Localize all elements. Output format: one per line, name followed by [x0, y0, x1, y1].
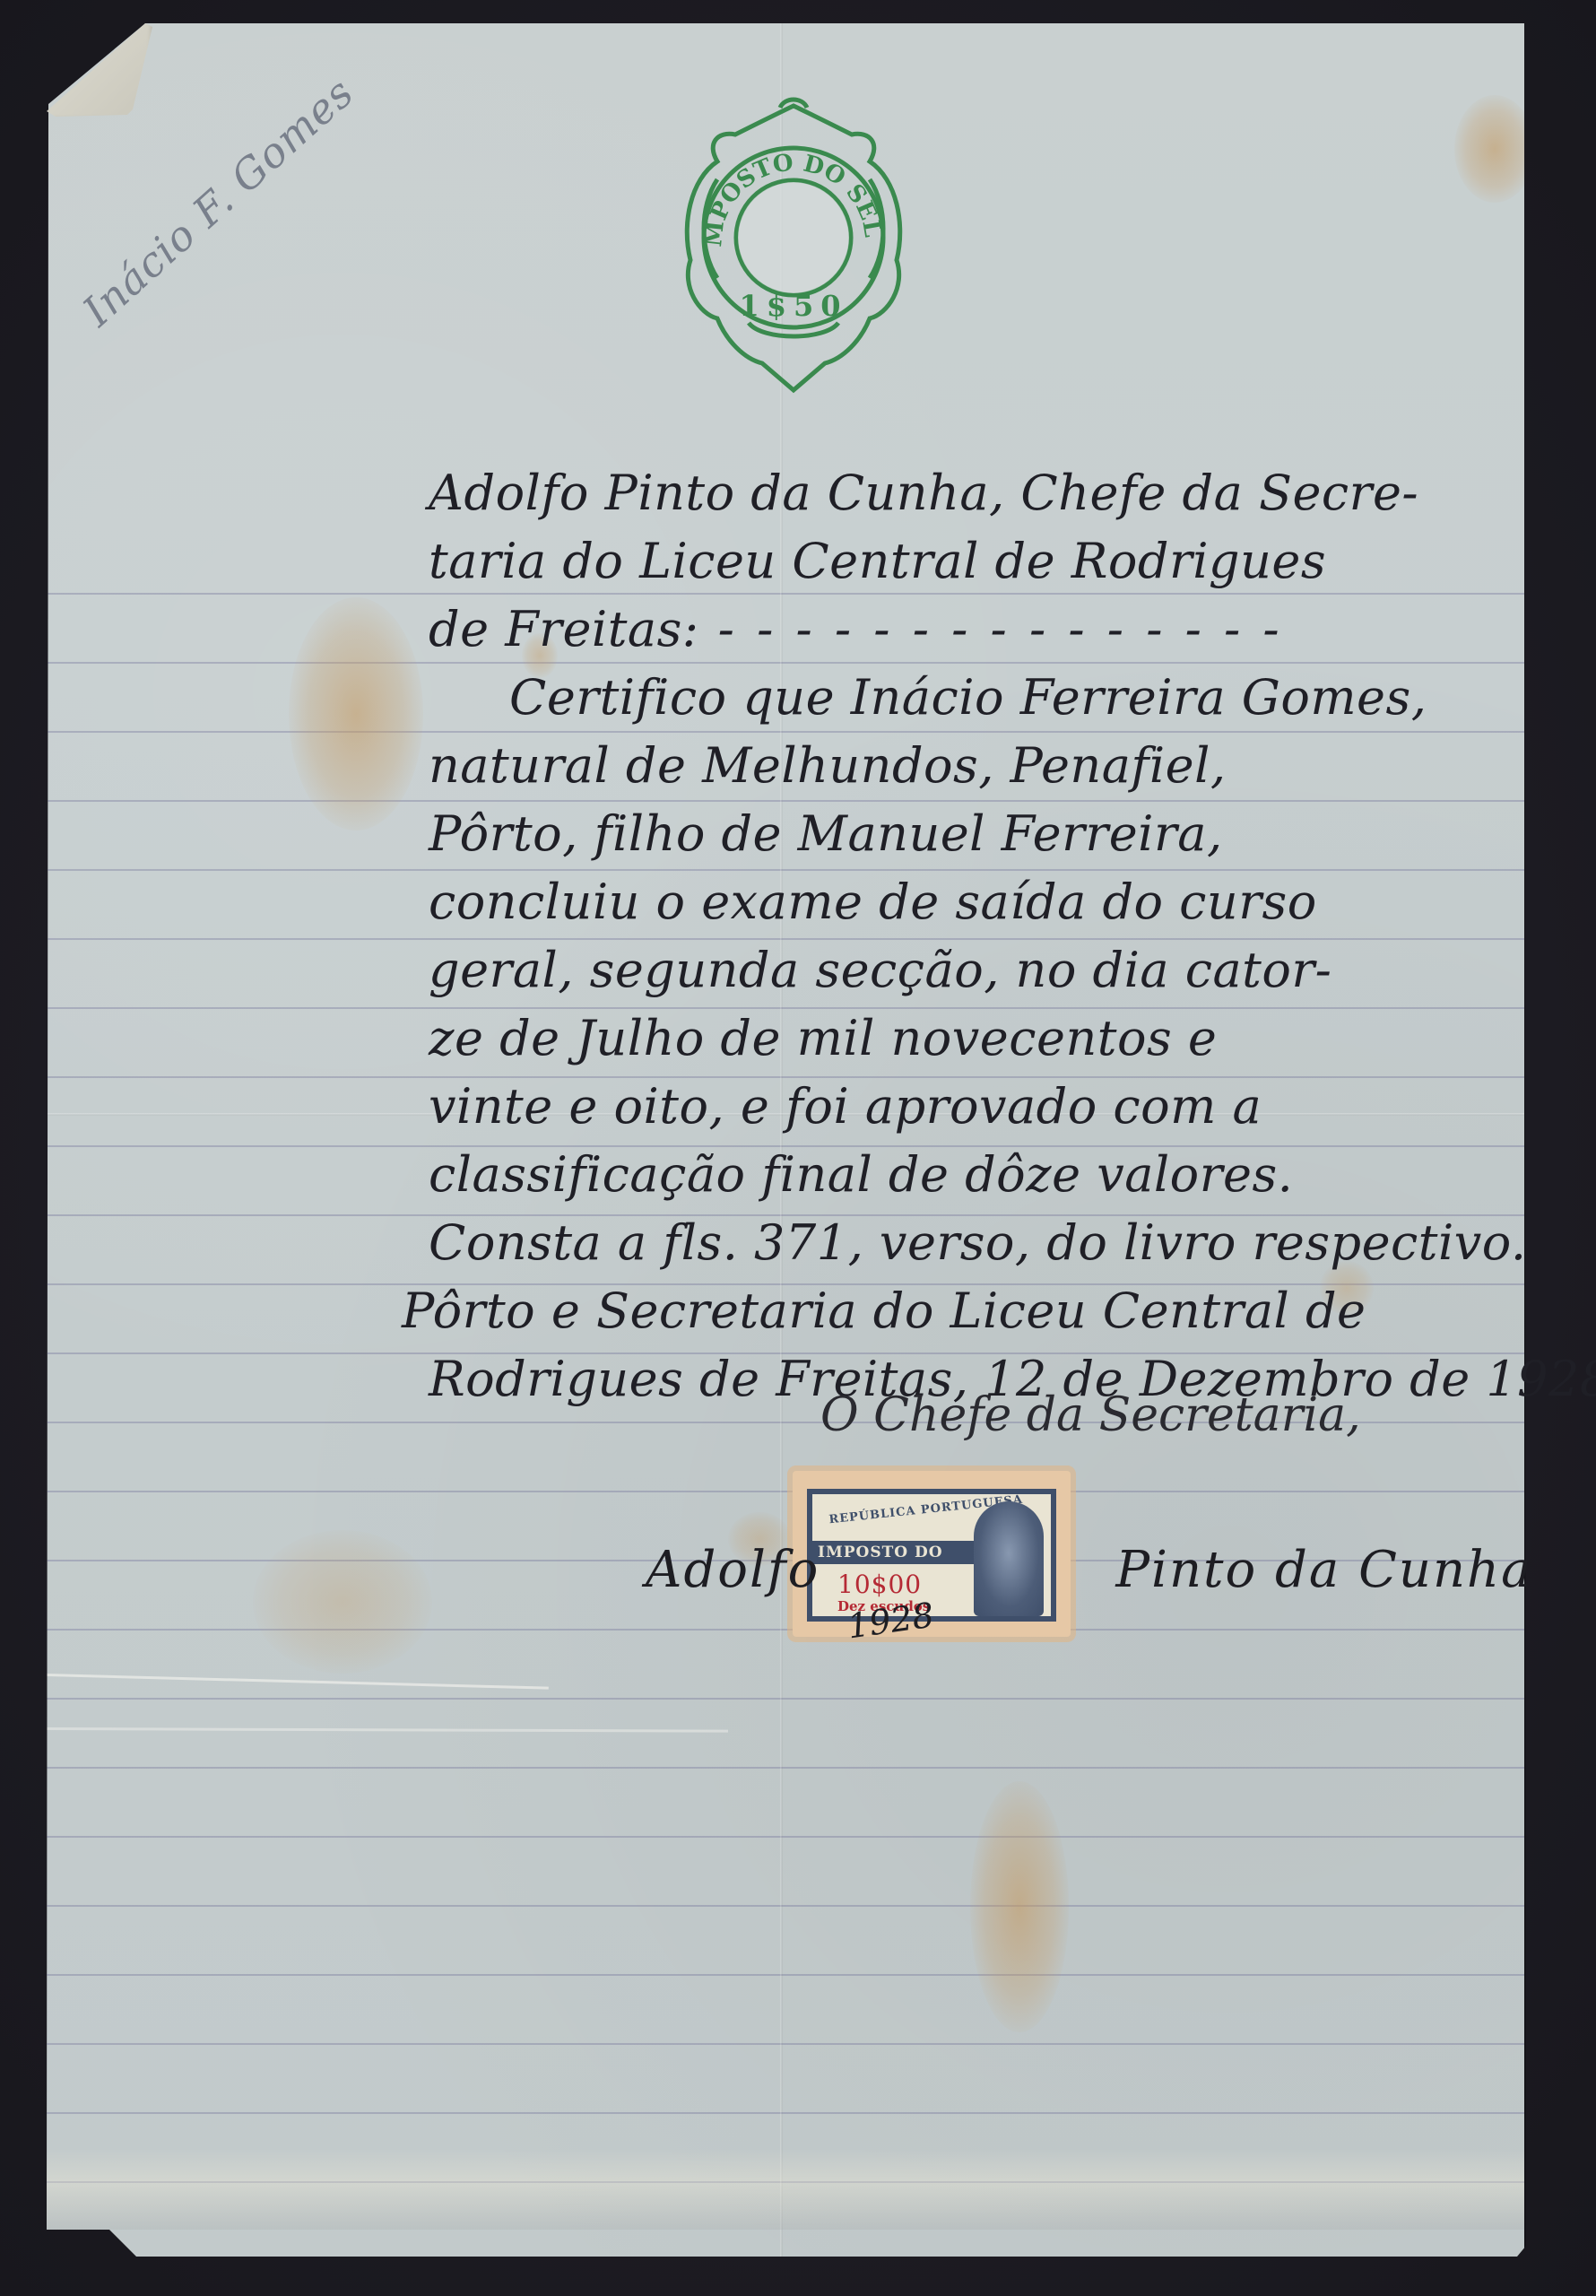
- body-line: taria do Liceu Central de Rodrigues: [429, 527, 1540, 596]
- foxing-stain: [253, 1530, 432, 1674]
- body-line: vinte e oito, e foi aprovado com a: [429, 1073, 1540, 1141]
- signature-first-name: Adolfo: [646, 1541, 820, 1599]
- signature-surname: Pinto da Cunha: [1115, 1541, 1532, 1599]
- body-line: de Freitas:: [429, 596, 1540, 664]
- body-line: ze de Julho de mil novecentos e: [429, 1004, 1540, 1073]
- closing-title: O Chefe da Secretaria,: [820, 1388, 1361, 1442]
- body-line: Pôrto, filho de Manuel Ferreira,: [429, 800, 1540, 868]
- body-line: natural de Melhundos, Penafiel,: [429, 732, 1540, 800]
- body-line: Certifico que Inácio Ferreira Gomes,: [429, 664, 1540, 732]
- body-line: concluiu o exame de saída do curso: [429, 868, 1540, 936]
- seal-icon: IMPOSTO DO SÊLO 1$50: [664, 90, 924, 399]
- bottom-edge-shading: [47, 2149, 1524, 2230]
- body-line: Adolfo Pinto da Cunha, Chefe da Secre-: [429, 459, 1540, 527]
- signature: AdolfoPinto da Cunha: [646, 1541, 1533, 1599]
- foxing-stain: [289, 597, 423, 831]
- body-line: classificação final de dôze valores.: [429, 1141, 1540, 1209]
- body-line: Pôrto e Secretaria do Liceu Central de: [402, 1277, 1540, 1345]
- foxing-stain: [970, 1781, 1069, 2032]
- seal-value: 1$50: [739, 289, 847, 323]
- tax-seal-emblem: IMPOSTO DO SÊLO 1$50: [664, 90, 924, 399]
- body-line: geral, segunda secção, no dia cator-: [429, 936, 1540, 1004]
- body-line: Consta a fls. 371, verso, do livro respe…: [429, 1209, 1540, 1277]
- certificate-body: Adolfo Pinto da Cunha, Chefe da Secre- t…: [429, 459, 1540, 1413]
- foxing-stain: [1454, 95, 1535, 203]
